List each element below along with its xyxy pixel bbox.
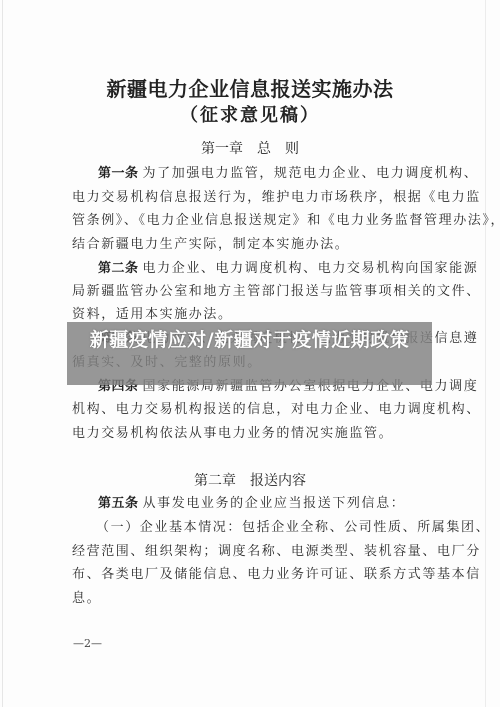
- overlay-banner: 新疆疫情应对/新疆对于疫情近期政策: [67, 322, 432, 385]
- document-title: 新疆电力企业信息报送实施办法: [0, 73, 500, 102]
- text-line: 管条例》、《电力企业信息报送规定》和《电力业务监督管理办法》，: [72, 213, 500, 229]
- text-line: 布、各类电厂及储能信息、电力业务许可证、联系方式等基本信: [72, 567, 481, 583]
- text-line: 经营范围、组织架构；调度名称、电源类型、装机容量、电厂分: [72, 544, 481, 560]
- text-line: （一）企业基本情况：包括企业全称、公司性质、所属集团、: [96, 520, 490, 536]
- document-subtitle: （征求意见稿）: [0, 101, 500, 127]
- article-line: 第二条电力企业、电力调度机构、电力交易机构向国家能源: [98, 261, 478, 277]
- article-text: 电力企业、电力调度机构、电力交易机构向国家能源: [143, 261, 479, 276]
- text-line: 局新疆监管办公室和地方主管部门报送与监管事项相关的文件、: [72, 284, 481, 300]
- article-text: 从事发电业务的企业应当报送下列信息：: [143, 496, 406, 511]
- page-number: —2—: [73, 637, 102, 650]
- article-line: 第一条为了加强电力监管，规范电力企业、电力调度机构、: [98, 166, 478, 182]
- article-label: 第二条: [98, 261, 139, 276]
- article-label: 第一条: [98, 166, 139, 181]
- overlay-banner-title: 新疆疫情应对/新疆对于疫情近期政策: [67, 328, 432, 353]
- chapter-heading-1: 第一章 总 则: [0, 138, 500, 158]
- article-label: 第五条: [98, 496, 139, 511]
- text-line: 电力交易机构信息报送行为，维护电力市场秩序，根据《电力监: [72, 190, 481, 206]
- chapter-heading-2: 第二章 报送内容: [0, 470, 500, 490]
- text-line: 机构、电力交易机构报送的信息，对电力企业、电力调度机构、: [72, 402, 481, 418]
- text-line: 息。: [72, 591, 101, 607]
- text-line: 资料，适用本实施办法。: [72, 307, 233, 323]
- text-line: 电力交易机构依法从事电力业务的情况实施监管。: [72, 426, 393, 442]
- text-line: 结合新疆电力生产实际，制定本实施办法。: [72, 237, 349, 253]
- article-text: 为了加强电力监管，规范电力企业、电力调度机构、: [143, 166, 479, 181]
- article-line: 第五条从事发电业务的企业应当报送下列信息：: [98, 496, 405, 512]
